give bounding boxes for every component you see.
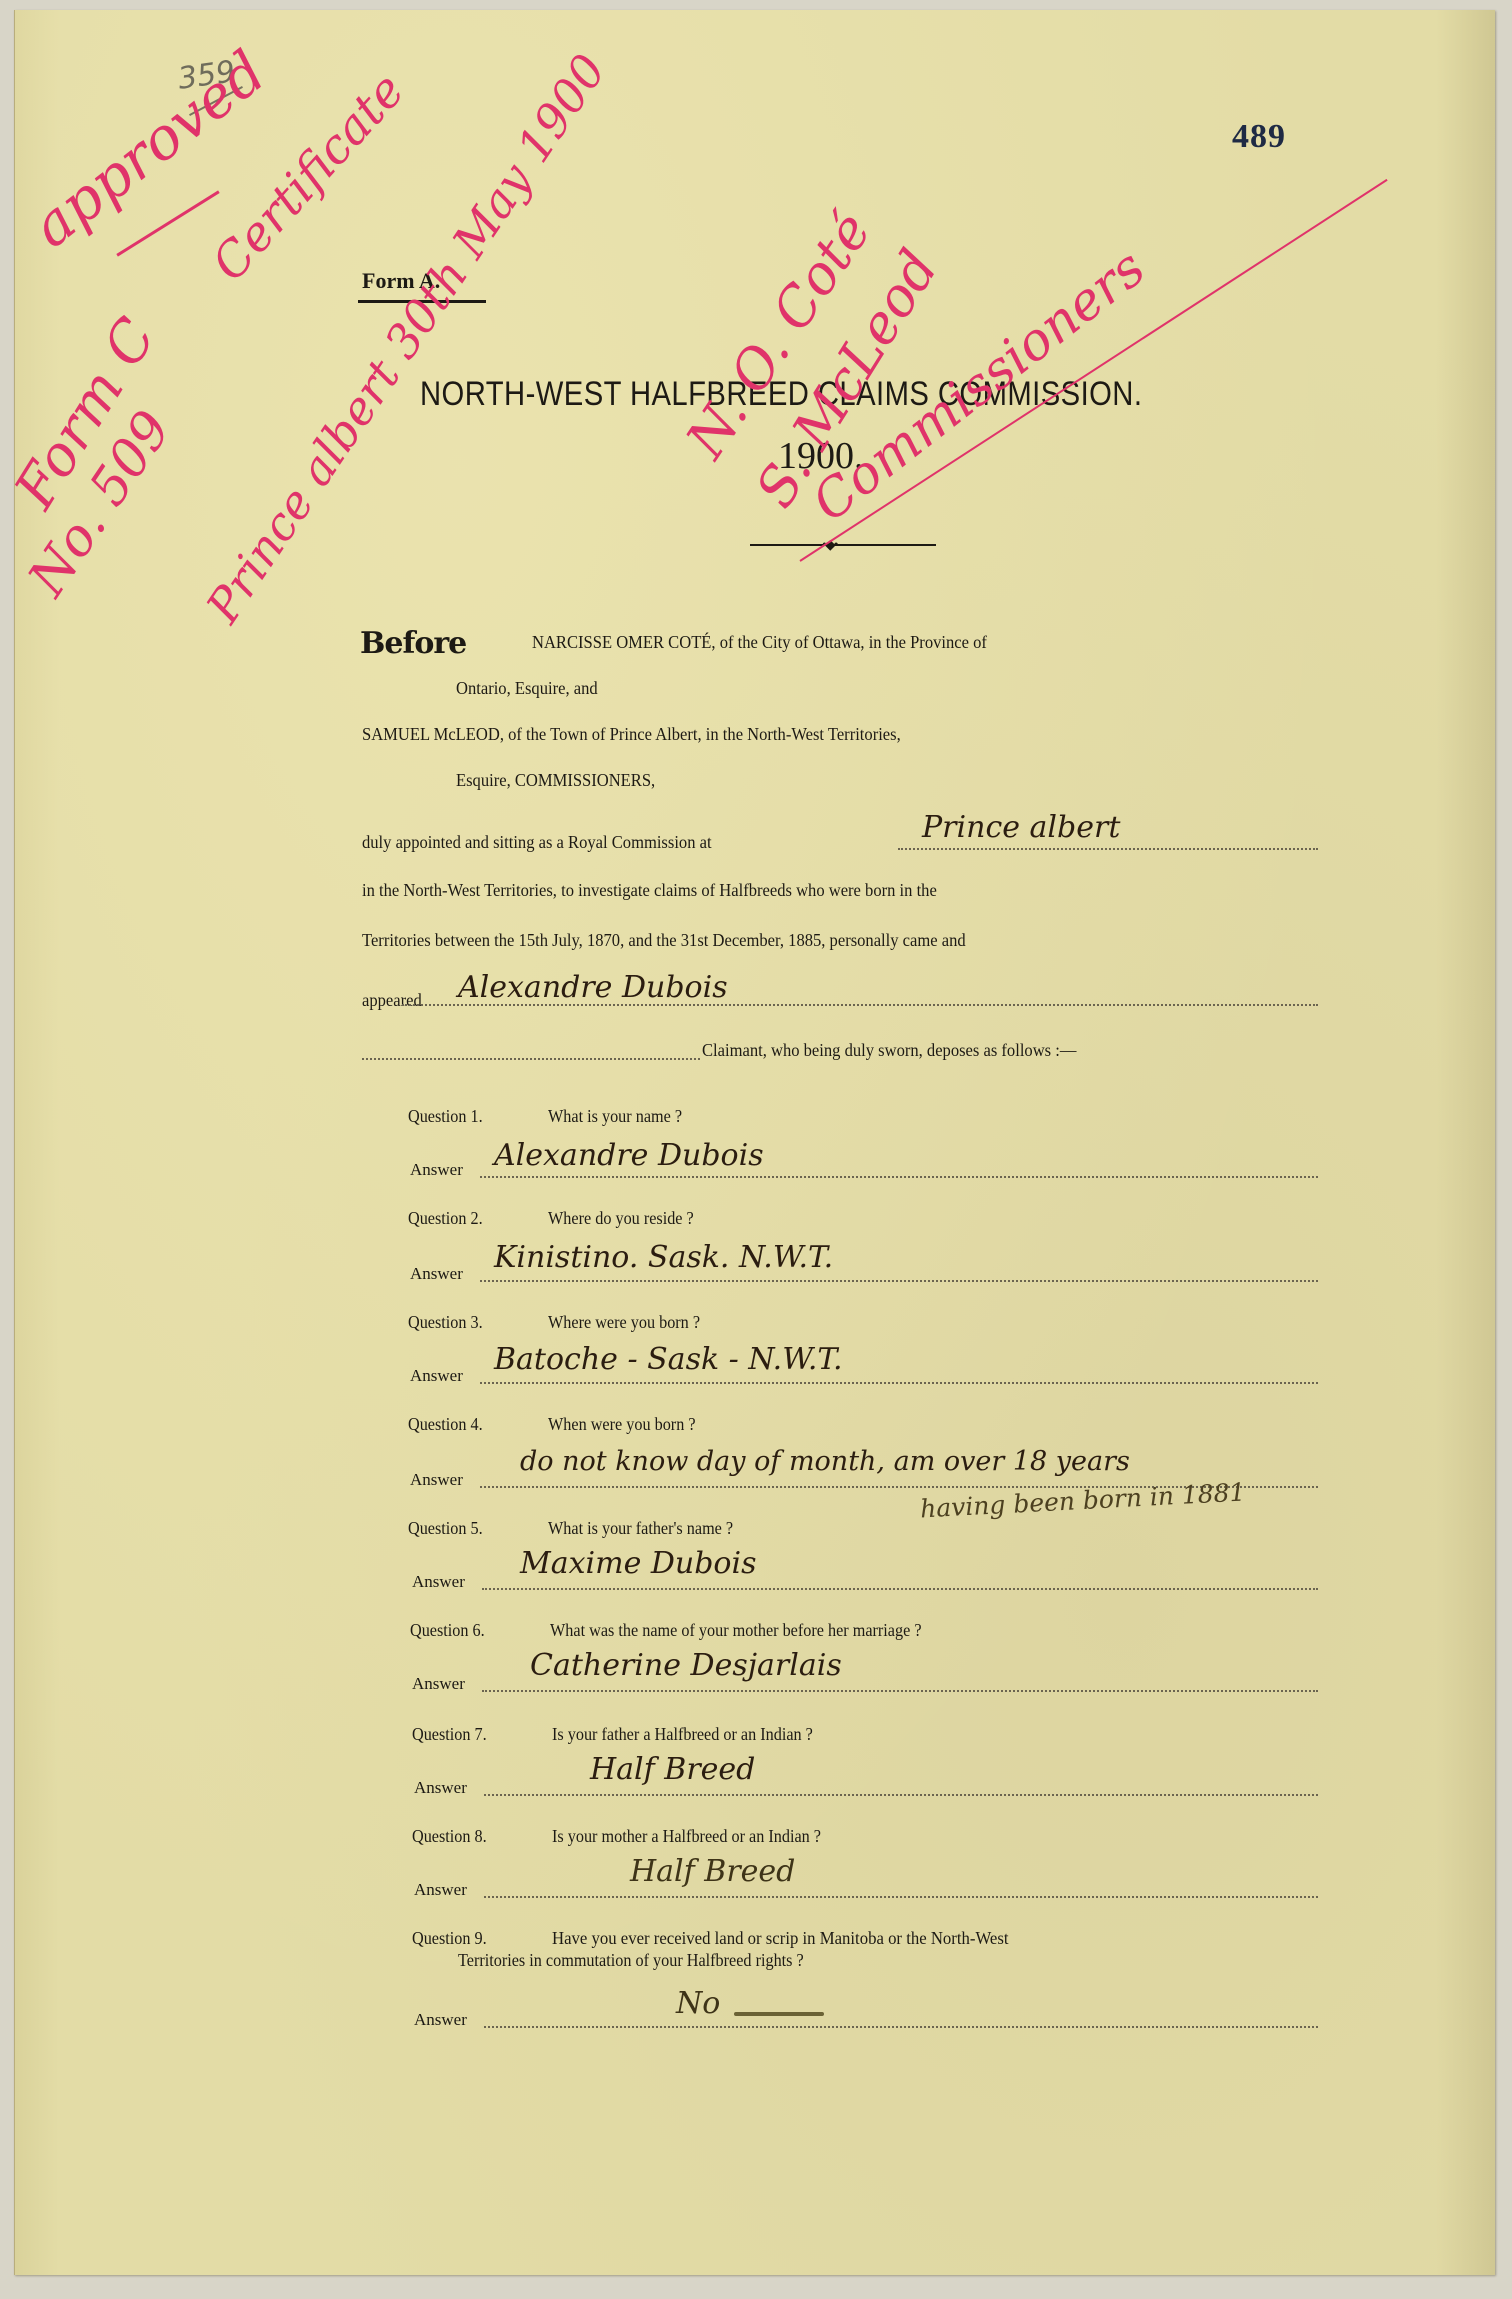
answer-9-line bbox=[484, 2026, 1318, 2028]
answer-9-label: Answer bbox=[414, 2010, 467, 2030]
answer-8-value: Half Breed bbox=[630, 1854, 795, 1889]
question-1-text: What is your name ? bbox=[548, 1106, 682, 1127]
page-number: 489 bbox=[1232, 118, 1286, 156]
answer-3-label: Answer bbox=[410, 1366, 463, 1386]
answer-4-value: do not know day of month, am over 18 yea… bbox=[520, 1446, 1130, 1477]
answer-8-line bbox=[484, 1896, 1318, 1898]
question-5-text: What is your father's name ? bbox=[548, 1518, 733, 1539]
question-2-text: Where do you reside ? bbox=[548, 1208, 694, 1229]
before-heading: Before bbox=[360, 626, 466, 661]
sitting-place-value: Prince albert bbox=[922, 810, 1120, 845]
answer-1-value: Alexandre Dubois bbox=[494, 1138, 764, 1173]
preamble-line-3: SAMUEL McLEOD, of the Town of Prince Alb… bbox=[362, 724, 901, 745]
question-7-label: Question 7. bbox=[412, 1724, 487, 1745]
answer-5-value: Maxime Dubois bbox=[520, 1546, 756, 1581]
question-9-text: Have you ever received land or scrip in … bbox=[552, 1928, 1009, 1949]
question-1-label: Question 1. bbox=[408, 1106, 483, 1127]
sitting-place-line bbox=[898, 848, 1318, 850]
preamble-line-5: duly appointed and sitting as a Royal Co… bbox=[362, 832, 712, 853]
answer-1-label: Answer bbox=[410, 1160, 463, 1180]
preamble-line-7: Territories between the 15th July, 1870,… bbox=[362, 930, 966, 951]
answer-7-line bbox=[484, 1794, 1318, 1796]
answer-2-line bbox=[480, 1280, 1318, 1282]
preamble-line-1: NARCISSE OMER COTÉ, of the City of Ottaw… bbox=[532, 632, 987, 653]
answer-6-value: Catherine Desjarlais bbox=[530, 1648, 842, 1683]
question-3-text: Where were you born ? bbox=[548, 1312, 700, 1333]
preamble-line-2: Ontario, Esquire, and bbox=[456, 678, 598, 699]
answer-6-label: Answer bbox=[412, 1674, 465, 1694]
question-9-label: Question 9. bbox=[412, 1928, 487, 1949]
question-5-label: Question 5. bbox=[408, 1518, 483, 1539]
question-4-text: When were you born ? bbox=[548, 1414, 696, 1435]
question-3-label: Question 3. bbox=[408, 1312, 483, 1333]
question-8-label: Question 8. bbox=[412, 1826, 487, 1847]
answer-5-label: Answer bbox=[412, 1572, 465, 1592]
answer-1-line bbox=[480, 1176, 1318, 1178]
claimant-name-value: Alexandre Dubois bbox=[458, 970, 728, 1005]
question-7-text: Is your father a Halfbreed or an Indian … bbox=[552, 1724, 813, 1745]
answer-7-value: Half Breed bbox=[590, 1752, 755, 1787]
answer-2-label: Answer bbox=[410, 1264, 463, 1284]
question-4-label: Question 4. bbox=[408, 1414, 483, 1435]
answer-3-line bbox=[480, 1382, 1318, 1384]
preamble-line-4: Esquire, COMMISSIONERS, bbox=[456, 770, 655, 791]
answer-6-line bbox=[482, 1690, 1318, 1692]
answer-7-label: Answer bbox=[414, 1778, 467, 1798]
question-6-text: What was the name of your mother before … bbox=[550, 1620, 922, 1641]
question-6-label: Question 6. bbox=[410, 1620, 485, 1641]
answer-8-label: Answer bbox=[414, 1880, 467, 1900]
answer-4-label: Answer bbox=[410, 1470, 463, 1490]
preamble-line-9: Claimant, who being duly sworn, deposes … bbox=[702, 1040, 1076, 1061]
answer-9-dash-stroke bbox=[734, 2012, 824, 2016]
ornament-rule bbox=[750, 544, 936, 546]
preamble-line-8: appeared bbox=[362, 990, 422, 1011]
question-8-text: Is your mother a Halfbreed or an Indian … bbox=[552, 1826, 821, 1847]
answer-2-value: Kinistino. Sask. N.W.T. bbox=[494, 1240, 833, 1275]
answer-3-value: Batoche - Sask - N.W.T. bbox=[494, 1342, 843, 1377]
claimant-blank-line bbox=[362, 1058, 700, 1060]
question-9-text-continued: Territories in commutation of your Halfb… bbox=[458, 1950, 804, 1971]
question-2-label: Question 2. bbox=[408, 1208, 483, 1229]
preamble-line-6: in the North-West Territories, to invest… bbox=[362, 880, 937, 901]
answer-5-line bbox=[482, 1588, 1318, 1590]
answer-9-value: No bbox=[676, 1986, 720, 2021]
